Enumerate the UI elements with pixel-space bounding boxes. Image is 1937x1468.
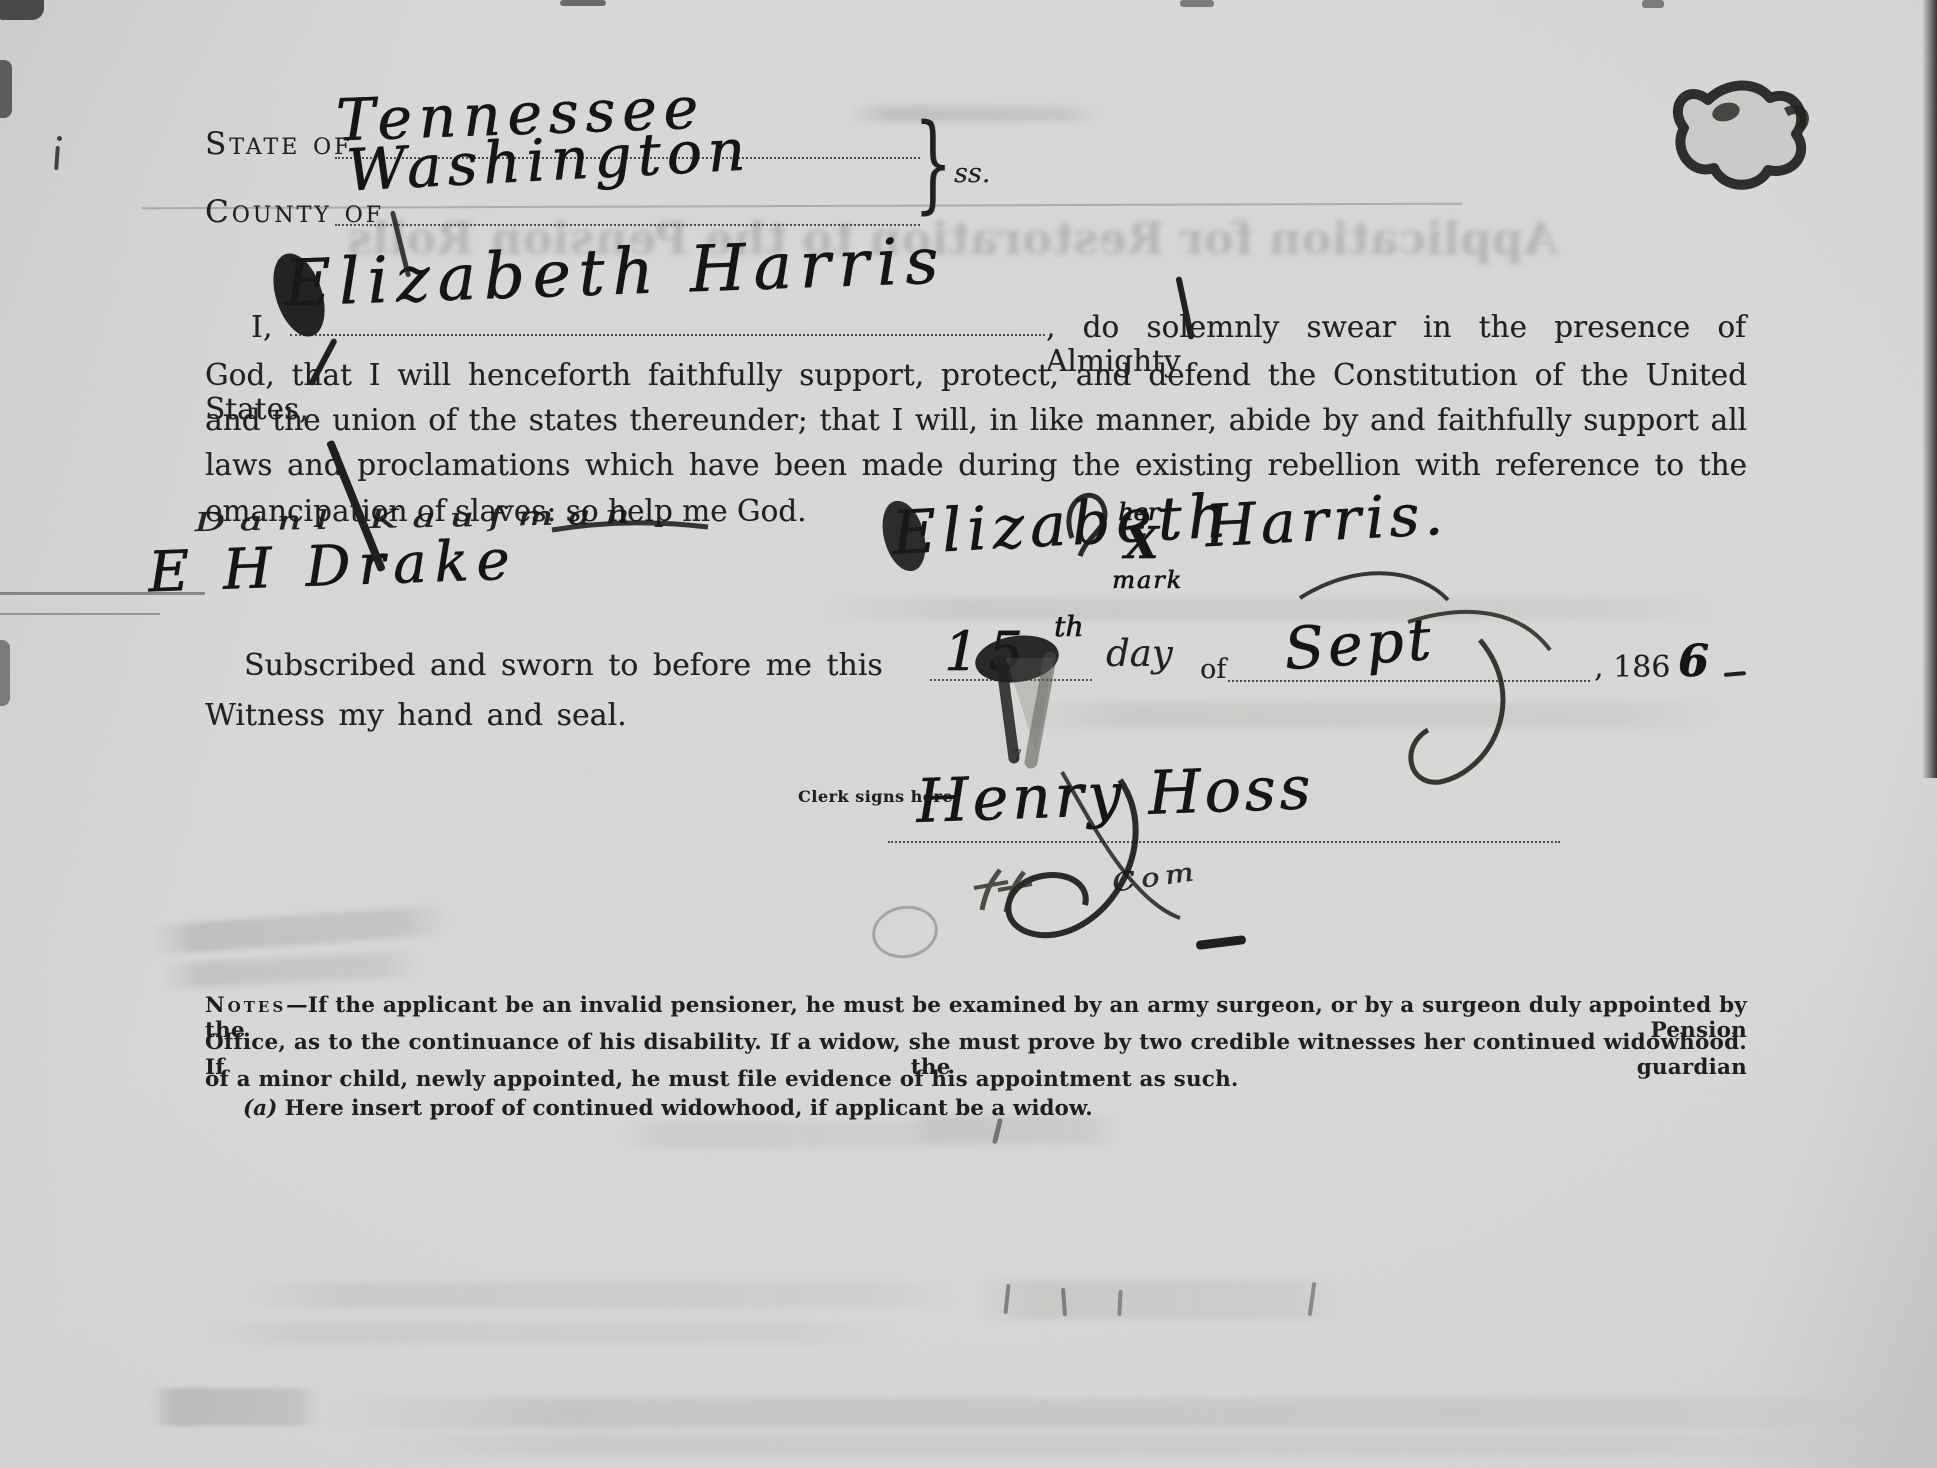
bleedthrough-smudge (149, 905, 450, 956)
bleedthrough-smudge (620, 1122, 940, 1148)
bleedthrough-smudge (975, 1280, 1345, 1320)
witness-seal-line: Witness my hand and seal. (205, 698, 627, 733)
crease-line (0, 613, 160, 615)
scan-edge-mark (0, 60, 12, 118)
margin-tick (54, 146, 60, 170)
of-word: of (1200, 654, 1226, 685)
ss-label: ss. (954, 158, 990, 189)
dotted-line-month (1228, 680, 1590, 682)
scan-speck (1642, 0, 1664, 8)
margin-dot (57, 136, 62, 141)
dotted-line-county (335, 224, 920, 226)
her-mark-x: X (1124, 518, 1158, 569)
bleedthrough-smudge (320, 1398, 1880, 1428)
month-handwritten: Sept (1282, 605, 1437, 683)
bleedthrough-smudge (150, 1388, 320, 1426)
bleedthrough-smudge (820, 598, 1720, 620)
notes-lead: Notes (205, 993, 286, 1018)
clerk-signature: Henry Hoss (915, 753, 1315, 837)
bleedthrough-ring (868, 901, 942, 964)
notes-dash: — (286, 993, 308, 1018)
bleedthrough-smudge (159, 950, 420, 990)
scan-corner-mark (0, 0, 44, 20)
year-digit-handwritten: 6 (1678, 636, 1709, 687)
bleedthrough-smudge (240, 1282, 960, 1308)
day-ordinal-handwritten: th (1054, 610, 1083, 643)
scan-edge-mark (0, 640, 10, 706)
pen-dash-bold (1196, 935, 1247, 950)
state-of-label: State of (205, 126, 352, 162)
jurat-line: Subscribed and sworn to before me this (244, 648, 883, 683)
scan-speck (1180, 0, 1214, 7)
bleedthrough-smudge (1020, 702, 1720, 728)
dotted-line-clerk (888, 841, 1560, 843)
notes-line-1: Notes—If the applicant be an invalid pen… (205, 993, 1747, 1030)
notes-line-2: Office, as to the continuance of his dis… (205, 1030, 1747, 1067)
oath-line3: and the union of the states thereunder; … (205, 403, 1747, 437)
applicant-signature-last: Harris. (1203, 480, 1449, 561)
footnote-label: (a) (243, 1096, 277, 1121)
clerk-signature-suffix: Com (1110, 857, 1201, 899)
notes-footnote: (a) Here insert proof of continued widow… (243, 1096, 1093, 1121)
bleedthrough-smudge (850, 106, 1100, 122)
stray-seven: 7 (1012, 746, 1022, 765)
bleedthrough-smudge (200, 1322, 900, 1344)
day-word: day (1106, 632, 1173, 675)
oath-line4: laws and proclamations which have been m… (205, 448, 1747, 482)
pen-dash (1724, 671, 1746, 677)
footnote-text: Here insert proof of continued widowhood… (285, 1096, 1093, 1121)
bleedthrough-smudge (350, 1434, 1850, 1456)
witness2-signature: E H Drake (147, 528, 518, 606)
year-print: , 186 (1594, 650, 1670, 685)
oath-i-label: I, (251, 310, 272, 345)
scan-edge-right (1922, 0, 1937, 778)
her-mark-mark: mark (1112, 566, 1183, 594)
dotted-line-name (290, 334, 1045, 336)
scanned-oath-document: Application for Restoration to the Pensi… (0, 0, 1937, 1468)
scan-speck (560, 0, 606, 6)
brace-glyph: } (914, 100, 952, 224)
notes-block: Notes—If the applicant be an invalid pen… (205, 993, 1747, 1104)
